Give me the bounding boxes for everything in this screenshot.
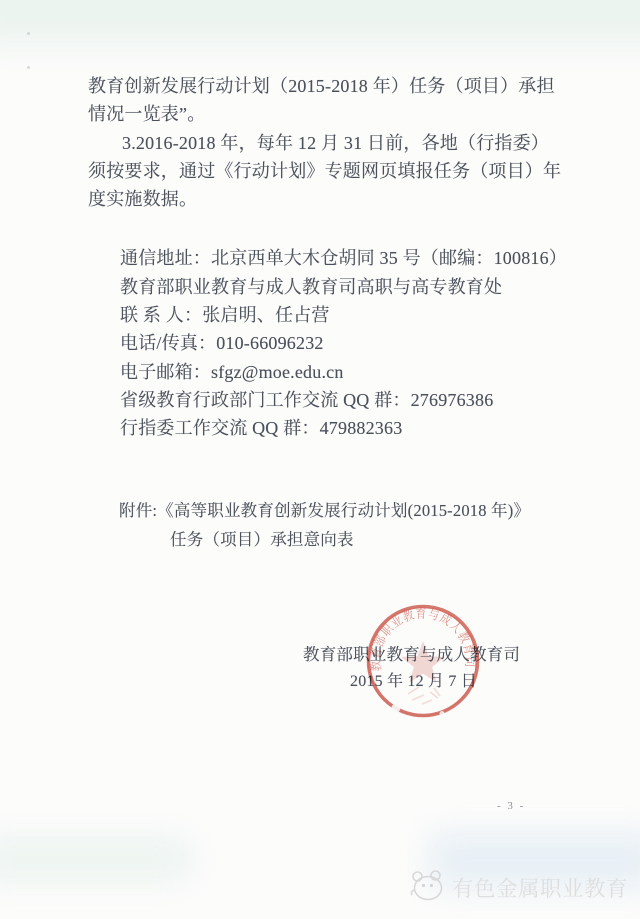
signature-date: 2015 年 12 月 7 日 (350, 668, 477, 691)
scan-tint-bottom-left (0, 838, 190, 880)
contact-phone-line: 电话/传真：010-66096232 (120, 329, 324, 355)
body-paragraph-line: 教育创新发展行动计划（2015-2018 年）任务（项目）承担 (88, 72, 555, 98)
scanned-document-page: 教育创新发展行动计划（2015-2018 年）任务（项目）承担 情况一览表”。 … (0, 0, 640, 919)
body-paragraph-line: 3.2016-2018 年，每年 12 月 31 日前，各地（行指委） (122, 129, 549, 155)
contact-email-line: 电子邮箱：sfgz@moe.edu.cn (120, 358, 344, 384)
body-paragraph-line: 须按要求，通过《行动计划》专题网页填报任务（项目）年 (88, 157, 561, 183)
attachment-title-line: 任务（项目）承担意向表 (170, 526, 354, 550)
contact-dept-line: 教育部职业教育与成人教育司高职与高专教育处 (120, 273, 502, 299)
footer-watermark-text: 有色金属职业教育 (452, 872, 628, 903)
attachment-title-line: 附件:《高等职业教育创新发展行动计划(2015-2018 年)》 (119, 497, 530, 521)
body-paragraph-line: 度实施数据。 (88, 185, 197, 211)
body-paragraph-line: 情况一览表”。 (88, 100, 205, 126)
scan-speck (27, 66, 30, 69)
signature-org: 教育部职业教育与成人教育司 (303, 641, 520, 665)
contact-qq-group-line: 行指委工作交流 QQ 群：479882363 (120, 414, 402, 440)
scan-speck (27, 32, 30, 35)
contact-person-line: 联 系 人：张启明、任占营 (120, 301, 330, 327)
scan-tint-top (0, 0, 640, 45)
footer-logo-icon (408, 868, 448, 904)
page-number: - 3 - (497, 800, 525, 812)
contact-qq-group-line: 省级教育行政部门工作交流 QQ 群：276976386 (120, 386, 493, 412)
contact-address-line: 通信地址：北京西单大木仓胡同 35 号（邮编：100816） (120, 244, 567, 270)
